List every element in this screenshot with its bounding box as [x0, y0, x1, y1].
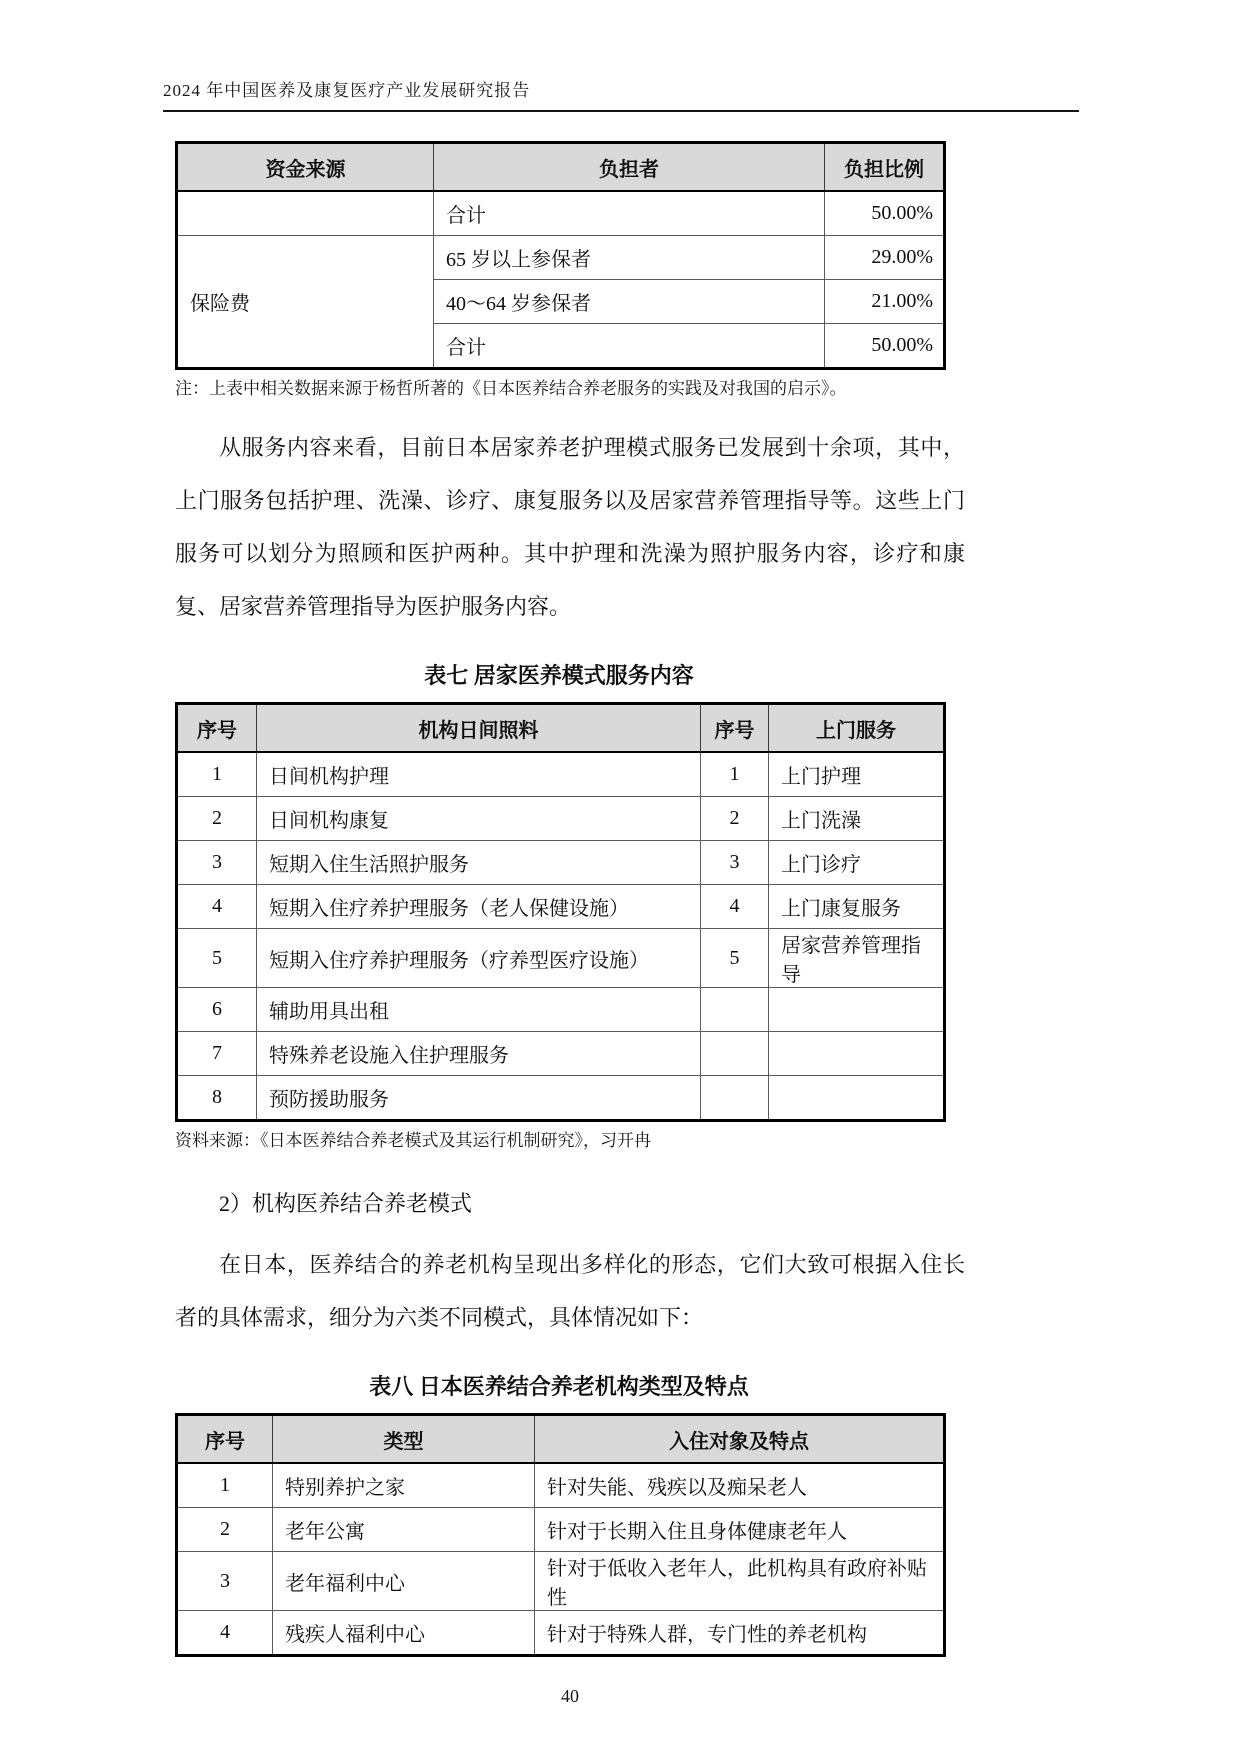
header-cell-ratio: 负担比例 — [825, 143, 945, 192]
table-cell-daycare: 特殊养老设施入住护理服务 — [257, 1032, 701, 1076]
page-title: 2024 年中国医养及康复医疗产业发展研究报告 — [163, 81, 530, 100]
paragraph-service-content: 从服务内容来看，目前日本居家养老护理模式服务已发展到十余项，其中，上门服务包括护… — [175, 421, 965, 633]
table-row: 合计 50.00% — [177, 191, 945, 236]
header-cell-index: 序号 — [177, 704, 257, 753]
table-cell-home-visit: 上门洗澡 — [769, 797, 945, 841]
table-cell-daycare: 预防援助服务 — [257, 1076, 701, 1121]
table-cell-index: 2 — [177, 1508, 273, 1552]
institution-types-table: 序号 类型 入住对象及特点 1 特别养护之家 针对失能、残疾以及痴呆老人 2 老… — [175, 1413, 946, 1657]
table-cell-payer: 40～64 岁参保者 — [434, 280, 825, 324]
table-cell-index: 4 — [177, 885, 257, 929]
table8-title: 表八 日本医养结合养老机构类型及特点 — [175, 1370, 943, 1401]
table-cell-type: 老年公寓 — [273, 1508, 535, 1552]
table-note: 注：上表中相关数据来源于杨哲所著的《日本医养结合养老服务的实践及对我国的启示》。 — [175, 377, 965, 401]
table-cell-characteristics: 针对于低收入老年人，此机构具有政府补贴性 — [535, 1552, 945, 1611]
header-cell-funding-source: 资金来源 — [177, 143, 434, 192]
table-cell-home-visit — [769, 1032, 945, 1076]
table-cell-index: 5 — [701, 929, 769, 988]
table-cell-index: 3 — [177, 841, 257, 885]
table-row: 4 短期入住疗养护理服务（老人保健设施） 4 上门康复服务 — [177, 885, 945, 929]
table-cell-home-visit — [769, 1076, 945, 1121]
table-row: 2 日间机构康复 2 上门洗澡 — [177, 797, 945, 841]
table-cell-index — [701, 1032, 769, 1076]
table-header-row: 序号 机构日间照料 序号 上门服务 — [177, 704, 945, 753]
table-row: 3 老年福利中心 针对于低收入老年人，此机构具有政府补贴性 — [177, 1552, 945, 1611]
table-header-row: 序号 类型 入住对象及特点 — [177, 1415, 945, 1464]
table-cell-characteristics: 针对于特殊人群，专门性的养老机构 — [535, 1611, 945, 1656]
table-cell-type: 特别养护之家 — [273, 1463, 535, 1508]
table-cell-daycare: 日间机构护理 — [257, 752, 701, 797]
table-header-row: 资金来源 负担者 负担比例 — [177, 143, 945, 192]
table-cell-index: 2 — [701, 797, 769, 841]
table-row: 2 老年公寓 针对于长期入住且身体健康老年人 — [177, 1508, 945, 1552]
table-cell-index: 4 — [701, 885, 769, 929]
table-cell-payer: 合计 — [434, 191, 825, 236]
table-cell-daycare: 日间机构康复 — [257, 797, 701, 841]
table-cell-daycare: 短期入住疗养护理服务（疗养型医疗设施） — [257, 929, 701, 988]
table-cell-home-visit: 上门康复服务 — [769, 885, 945, 929]
table-cell-ratio: 50.00% — [825, 324, 945, 369]
table-cell-daycare: 辅助用具出租 — [257, 988, 701, 1032]
section-heading: 2）机构医养结合养老模式 — [175, 1187, 965, 1218]
header-cell-daycare: 机构日间照料 — [257, 704, 701, 753]
table-cell-source-label: 保险费 — [177, 236, 434, 369]
table-cell-index: 4 — [177, 1611, 273, 1656]
table-row: 1 特别养护之家 针对失能、残疾以及痴呆老人 — [177, 1463, 945, 1508]
table-cell-type: 老年福利中心 — [273, 1552, 535, 1611]
header-cell-home-visit: 上门服务 — [769, 704, 945, 753]
table-cell-index: 5 — [177, 929, 257, 988]
table-cell-ratio: 50.00% — [825, 191, 945, 236]
page-content: 资金来源 负担者 负担比例 合计 50.00% 保险费 65 岁以上参保者 29… — [175, 141, 965, 1657]
header-cell-payer: 负担者 — [434, 143, 825, 192]
home-care-services-table: 序号 机构日间照料 序号 上门服务 1 日间机构护理 1 上门护理 2 日间机构… — [175, 702, 946, 1122]
paragraph-institutions: 在日本，医养结合的养老机构呈现出多样化的形态，它们大致可根据入住长者的具体需求，… — [175, 1238, 965, 1344]
table-cell-daycare: 短期入住生活照护服务 — [257, 841, 701, 885]
table-cell-index: 1 — [701, 752, 769, 797]
page-number: 40 — [175, 1686, 965, 1707]
table-cell-index: 2 — [177, 797, 257, 841]
header-cell-index: 序号 — [177, 1415, 273, 1464]
table-cell-index — [701, 988, 769, 1032]
document-page: 2024 年中国医养及康复医疗产业发展研究报告 资金来源 负担者 负担比例 合计… — [0, 0, 1240, 1754]
table-cell-index: 8 — [177, 1076, 257, 1121]
table7-title: 表七 居家医养模式服务内容 — [175, 659, 943, 690]
report-header: 2024 年中国医养及康复医疗产业发展研究报告 — [163, 76, 1079, 112]
table-row: 4 残疾人福利中心 针对于特殊人群，专门性的养老机构 — [177, 1611, 945, 1656]
table-cell-home-visit — [769, 988, 945, 1032]
table-row: 5 短期入住疗养护理服务（疗养型医疗设施） 5 居家营养管理指导 — [177, 929, 945, 988]
header-cell-type: 类型 — [273, 1415, 535, 1464]
funding-table: 资金来源 负担者 负担比例 合计 50.00% 保险费 65 岁以上参保者 29… — [175, 141, 946, 370]
table-cell-index: 3 — [701, 841, 769, 885]
table-cell-ratio: 21.00% — [825, 280, 945, 324]
table-cell-characteristics: 针对于长期入住且身体健康老年人 — [535, 1508, 945, 1552]
table-row: 8 预防援助服务 — [177, 1076, 945, 1121]
table-row: 保险费 65 岁以上参保者 29.00% — [177, 236, 945, 280]
table-row: 7 特殊养老设施入住护理服务 — [177, 1032, 945, 1076]
table-cell-index: 1 — [177, 1463, 273, 1508]
table-cell-payer: 合计 — [434, 324, 825, 369]
table-row: 6 辅助用具出租 — [177, 988, 945, 1032]
table-cell-home-visit: 上门护理 — [769, 752, 945, 797]
header-cell-index: 序号 — [701, 704, 769, 753]
table-cell-home-visit: 上门诊疗 — [769, 841, 945, 885]
table-cell-empty — [177, 191, 434, 236]
table-row: 3 短期入住生活照护服务 3 上门诊疗 — [177, 841, 945, 885]
table-cell-index: 7 — [177, 1032, 257, 1076]
table-cell-index — [701, 1076, 769, 1121]
table-cell-characteristics: 针对失能、残疾以及痴呆老人 — [535, 1463, 945, 1508]
table-cell-index: 6 — [177, 988, 257, 1032]
table-row: 1 日间机构护理 1 上门护理 — [177, 752, 945, 797]
table-cell-index: 1 — [177, 752, 257, 797]
header-cell-characteristics: 入住对象及特点 — [535, 1415, 945, 1464]
table-cell-type: 残疾人福利中心 — [273, 1611, 535, 1656]
table-cell-daycare: 短期入住疗养护理服务（老人保健设施） — [257, 885, 701, 929]
table-cell-index: 3 — [177, 1552, 273, 1611]
table-cell-ratio: 29.00% — [825, 236, 945, 280]
table-cell-home-visit: 居家营养管理指导 — [769, 929, 945, 988]
table-cell-payer: 65 岁以上参保者 — [434, 236, 825, 280]
table-source: 资料来源：《日本医养结合养老模式及其运行机制研究》，习开冉 — [175, 1129, 965, 1153]
